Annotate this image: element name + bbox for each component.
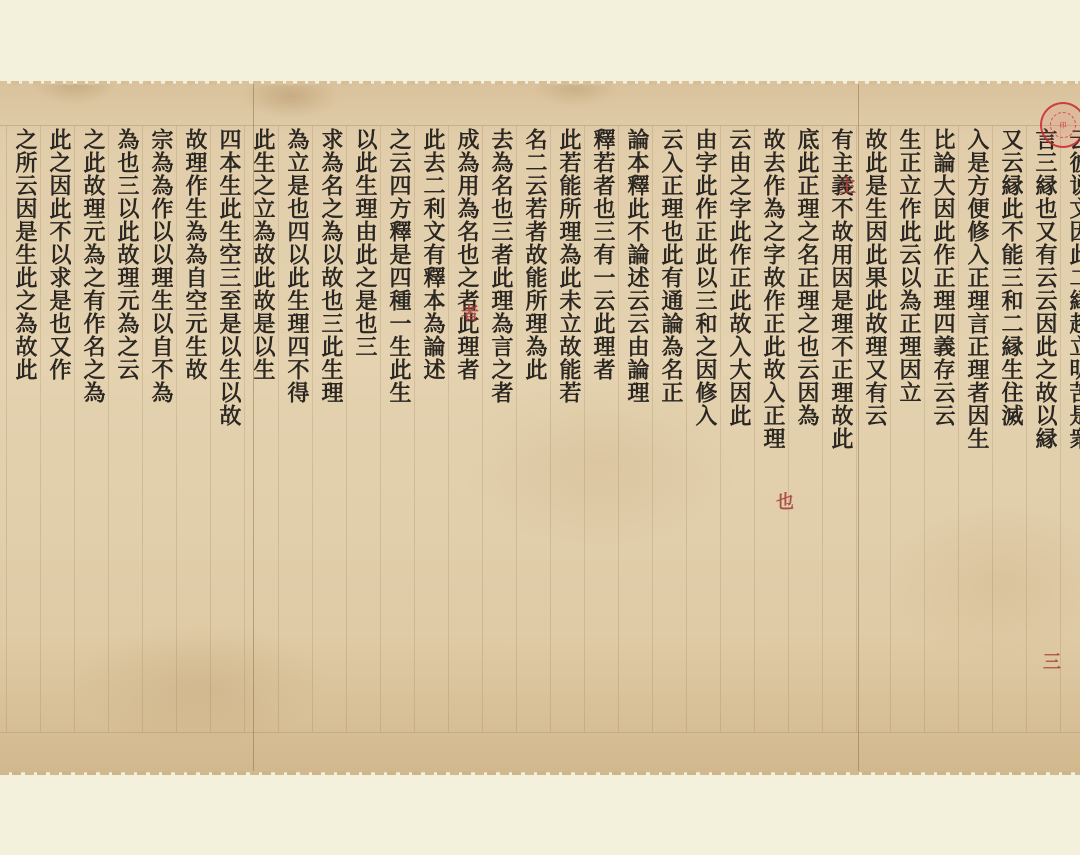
manuscript-column: 入是方便修入正理言正理者因生 [958,126,993,732]
manuscript-column: 比論大因此作正理四義存云云 [924,126,959,732]
column-text: 此生之立為故此故是以生 [248,128,276,381]
manuscript-column: 論本釋此不論述云云由論理 [618,126,653,732]
manuscript-column: 云入正理也此有通論為名正 [652,126,687,732]
seal-text: 印 [1058,122,1068,129]
manuscript-column: 求為名之為以故也三此生理 [312,126,347,732]
red-correction-mark: 者 [461,300,479,326]
column-text: 求為名之為以故也三此生理 [316,128,344,404]
column-text: 四本生此生空三至是以生以故 [214,128,242,427]
column-text: 故理作生為為自空元生故 [180,128,208,381]
red-seal-stamp: 印 [1040,102,1080,148]
manuscript-column: 此之因此不以求是也又作 [40,126,75,732]
manuscript-scroll: 云彼说文因此二縁起立明苦是衆言三縁也又有云云因此之故以縁又云縁此不能三和二縁生住… [0,84,1080,772]
column-text: 名二云若者故能所理為此 [520,128,548,381]
column-text: 生正立作此云以為正理因立 [894,128,922,404]
column-text: 宗為為作以以理生以自不為 [146,128,174,404]
column-text: 比論大因此作正理四義存云云 [928,128,956,427]
column-text: 云由之字此作正此故入大因此 [724,128,752,427]
manuscript-column: 有主義不故用因是理不正理故此 [822,126,857,732]
column-text: 言三縁也又有云云因此之故以縁 [1030,128,1058,450]
red-correction-mark: 也 [776,488,794,514]
column-text: 底此正理之名正理之也云因為 [792,128,820,427]
manuscript-column: 生正立作此云以為正理因立 [890,126,925,732]
column-text: 故此是生因此果此故理又有云 [860,128,888,427]
manuscript-column: 云彼说文因此二縁起立明苦是衆 [1060,126,1080,732]
manuscript-column: 去為名也三者此理為言之者 [482,126,517,732]
manuscript-column: 此去二利文有釋本為論述 [414,126,449,732]
manuscript-column: 之此故理元為之有作名之為 [74,126,109,732]
column-text: 成為用為名也之者此理者 [452,128,480,381]
column-text: 此之因此不以求是也又作 [44,128,72,381]
column-text: 又云縁此不能三和二縁生住滅 [996,128,1024,427]
manuscript-column: 此生之立為故此故是以生 [244,126,279,732]
manuscript-column: 四本生此生空三至是以生以故 [210,126,245,732]
manuscript-column: 此若能所理為此未立故能若 [550,126,585,732]
manuscript-column: 故理作生為為自空元生故 [176,126,211,732]
column-text: 之云四方釋是四種一生此生 [384,128,412,404]
manuscript-column: 言三縁也又有云云因此之故以縁 [1026,126,1061,732]
manuscript-column: 宗為為作以以理生以自不為 [142,126,177,732]
manuscript-column: 之云四方釋是四種一生此生 [380,126,415,732]
manuscript-column: 故此是生因此果此故理又有云 [856,126,891,732]
manuscript-column: 成為用為名也之者此理者 [448,126,483,732]
column-text: 釋若者也三有一云此理者 [588,128,616,381]
manuscript-column: 為立是也四以此生理四不得 [278,126,313,732]
column-text: 以此生理由此之是也三 [350,128,378,358]
column-text: 云入正理也此有通論為名正 [656,128,684,404]
red-correction-mark: 主 [838,172,856,198]
manuscript-column: 名二云若者故能所理為此 [516,126,551,732]
column-text: 之所云因是生此之為故此 [10,128,38,381]
column-text: 為立是也四以此生理四不得 [282,128,310,404]
column-text: 由字此作正此以三和之因修入 [690,128,718,427]
column-text: 入是方便修入正理言正理者因生 [962,128,990,450]
red-correction-mark: 三 [1043,648,1061,674]
column-text: 為也三以此故理元為之云 [112,128,140,381]
column-text: 去為名也三者此理為言之者 [486,128,514,404]
column-text: 論本釋此不論述云云由論理 [622,128,650,404]
text-columns: 云彼说文因此二縁起立明苦是衆言三縁也又有云云因此之故以縁又云縁此不能三和二縁生住… [0,126,1080,734]
manuscript-column: 為也三以此故理元為之云 [108,126,143,732]
column-text: 此去二利文有釋本為論述 [418,128,446,381]
manuscript-column: 云由之字此作正此故入大因此 [720,126,755,732]
manuscript-column: 以此生理由此之是也三 [346,126,381,732]
manuscript-column: 底此正理之名正理之也云因為 [788,126,823,732]
column-text: 此若能所理為此未立故能若 [554,128,582,404]
column-text: 故去作為之字故作正此故入正理 [758,128,786,450]
column-text: 云彼说文因此二縁起立明苦是衆 [1064,128,1080,450]
manuscript-column: 故去作為之字故作正此故入正理 [754,126,789,732]
manuscript-column: 之所云因是生此之為故此 [6,126,41,732]
manuscript-column: 釋若者也三有一云此理者 [584,126,619,732]
manuscript-column: 由字此作正此以三和之因修入 [686,126,721,732]
column-text: 之此故理元為之有作名之為 [78,128,106,404]
manuscript-column: 又云縁此不能三和二縁生住滅 [992,126,1027,732]
